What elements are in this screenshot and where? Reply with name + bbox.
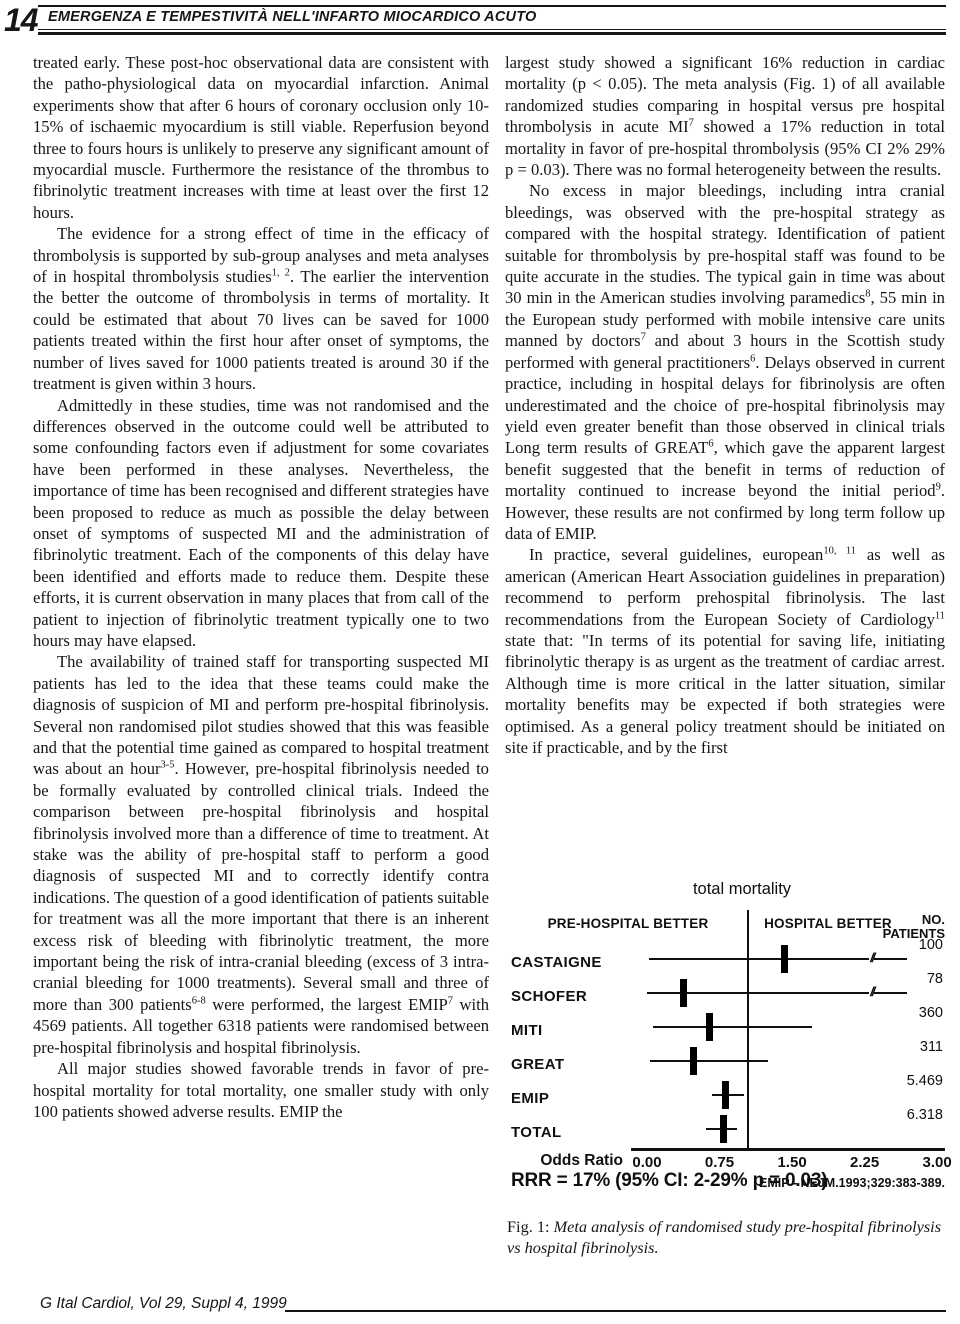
pre-hospital-better-label: PRE-HOSPITAL BETTER bbox=[508, 916, 748, 931]
patients-value: 78 bbox=[873, 971, 943, 987]
study-label-total: TOTAL bbox=[511, 1124, 562, 1141]
odds-ratio-marker bbox=[690, 1047, 697, 1075]
reference-superscript: 8 bbox=[865, 289, 870, 300]
x-axis-line bbox=[631, 1148, 945, 1151]
body-paragraph: In practice, several guidelines, europea… bbox=[505, 544, 945, 758]
figure-1-forest-plot: total mortalityPRE-HOSPITAL BETTERHOSPIT… bbox=[505, 880, 957, 1210]
reference-superscript: 6 bbox=[708, 439, 713, 450]
body-paragraph: No excess in major bleedings, including … bbox=[505, 180, 945, 544]
reference-superscript: 7 bbox=[689, 118, 694, 129]
reference-superscript: 10, 11 bbox=[823, 546, 856, 557]
reference-superscript: 3-5 bbox=[161, 760, 175, 771]
header-rule-top bbox=[38, 5, 946, 7]
running-head: EMERGENZA E TEMPESTIVITÀ NELL'INFARTO MI… bbox=[48, 9, 938, 25]
patients-value: 5.469 bbox=[873, 1073, 943, 1089]
patients-value: 311 bbox=[873, 1039, 943, 1055]
body-paragraph: The evidence for a strong effect of time… bbox=[33, 223, 489, 394]
x-axis-tick-label: 0.75 bbox=[692, 1154, 748, 1171]
chart-title: total mortality bbox=[542, 880, 942, 899]
header-rule-thin bbox=[38, 29, 946, 30]
odds-ratio-marker bbox=[781, 945, 788, 973]
source-citation-text: EMIP - NEJM.1993;329:383-389. bbox=[745, 1176, 945, 1190]
right-column: largest study showed a significant 16% r… bbox=[505, 52, 945, 758]
odds-ratio-marker bbox=[720, 1115, 727, 1143]
footer-rule bbox=[285, 1310, 946, 1312]
body-paragraph: largest study showed a significant 16% r… bbox=[505, 52, 945, 180]
reference-line-or1 bbox=[747, 910, 749, 1148]
odds-ratio-marker bbox=[680, 979, 687, 1007]
reference-superscript: 7 bbox=[641, 332, 646, 343]
confidence-interval-line bbox=[653, 1026, 813, 1028]
body-paragraph: All major studies showed favorable trend… bbox=[33, 1058, 489, 1122]
reference-superscript: 9 bbox=[936, 482, 941, 493]
left-column: treated early. These post-hoc observatio… bbox=[33, 52, 489, 1122]
x-axis-tick-label: 0.00 bbox=[619, 1154, 675, 1171]
reference-superscript: 11 bbox=[935, 610, 945, 621]
body-paragraph: Admittedly in these studies, time was no… bbox=[33, 395, 489, 652]
odds-ratio-marker bbox=[706, 1013, 713, 1041]
patients-value: 100 bbox=[873, 937, 943, 953]
confidence-interval-line bbox=[650, 1060, 768, 1062]
study-label-castaigne: CASTAIGNE bbox=[511, 954, 602, 971]
reference-superscript: 6 bbox=[750, 353, 755, 364]
reference-superscript: 1, 2 bbox=[272, 268, 290, 279]
body-paragraph: The availability of trained staff for tr… bbox=[33, 651, 489, 1058]
study-label-miti: MITI bbox=[511, 1022, 543, 1039]
study-label-great: GREAT bbox=[511, 1056, 564, 1073]
header-rule-thick bbox=[38, 32, 946, 35]
figure-caption-text: Meta analysis of randomised study pre-ho… bbox=[507, 1217, 941, 1257]
reference-superscript: 6-8 bbox=[192, 995, 206, 1006]
x-axis-tick-label: 1.50 bbox=[764, 1154, 820, 1171]
x-axis-tick-label: 2.25 bbox=[837, 1154, 893, 1171]
patients-value: 6.318 bbox=[873, 1107, 943, 1123]
odds-ratio-marker bbox=[722, 1081, 729, 1109]
patients-value: 360 bbox=[873, 1005, 943, 1021]
figure-caption-label: Fig. 1: bbox=[507, 1217, 550, 1236]
journal-page: 14 EMERGENZA E TEMPESTIVITÀ NELL'INFARTO… bbox=[0, 0, 960, 1324]
study-label-schofer: SCHOFER bbox=[511, 988, 587, 1005]
reference-superscript: 7 bbox=[448, 995, 453, 1006]
x-axis-title: Odds Ratio bbox=[515, 1152, 623, 1170]
page-number: 14 bbox=[4, 2, 38, 39]
study-label-emip: EMIP bbox=[511, 1090, 549, 1107]
figure-caption: Fig. 1: Meta analysis of randomised stud… bbox=[507, 1216, 947, 1258]
body-paragraph: treated early. These post-hoc observatio… bbox=[33, 52, 489, 223]
x-axis-tick-label: 3.00 bbox=[909, 1154, 960, 1171]
